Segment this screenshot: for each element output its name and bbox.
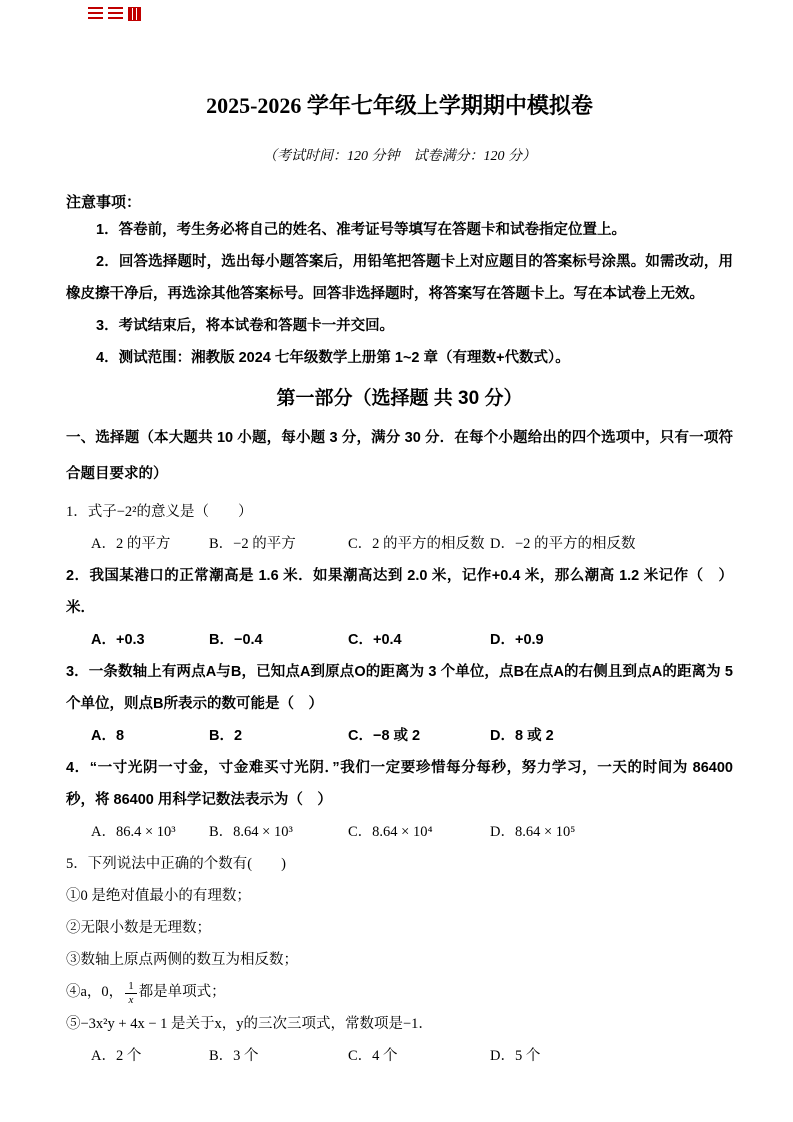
- red-watermark: [88, 6, 141, 22]
- question-2: 2．我国某港口的正常潮高是 1.6 米．如果潮高达到 2.0 米，记作+0.4 …: [66, 560, 733, 656]
- fraction: 1x: [125, 981, 137, 1006]
- section-intro: 一、选择题（本大题共 10 小题，每小题 3 分，满分 30 分．在每个小题给出…: [66, 420, 733, 492]
- statement-3: ③数轴上原点两侧的数互为相反数；: [66, 944, 733, 976]
- red-seal-icon: [128, 7, 141, 21]
- option-c: C．2 的平方的相反数: [348, 528, 490, 560]
- page-title: 2025-2026 学年七年级上学期期中模拟卷: [66, 0, 733, 122]
- fraction-numerator: 1: [125, 981, 137, 994]
- question-4-stem: 4．“一寸光阴一寸金，寸金难买寸光阴．”我们一定要珍惜每分每秒，努力学习，一天的…: [66, 752, 733, 816]
- statement-4-post: 都是单项式；: [139, 984, 226, 1000]
- question-2-stem: 2．我国某港口的正常潮高是 1.6 米．如果潮高达到 2.0 米，记作+0.4 …: [66, 560, 733, 624]
- option-d: D．+0.9: [490, 624, 733, 656]
- option-d: D．8.64 × 10⁵: [490, 816, 733, 848]
- notice-heading: 注意事项：: [66, 192, 733, 214]
- option-a: A．+0.3: [91, 624, 209, 656]
- option-c: C．4 个: [348, 1040, 490, 1072]
- notice-item-3: 3．考试结束后，将本试卷和答题卡一并交回。: [66, 310, 733, 342]
- option-a: A．8: [91, 720, 209, 752]
- notice-item-2: 2．回答选择题时，选出每小题答案后，用铅笔把答题卡上对应题目的答案标号涂黑。如需…: [66, 246, 733, 310]
- question-2-options: A．+0.3 B．−0.4 C．+0.4 D．+0.9: [91, 624, 733, 656]
- statement-4-pre: ④a，0，: [66, 984, 123, 1000]
- exam-paper-page: 2025-2026 学年七年级上学期期中模拟卷 （考试时间：120 分钟 试卷满…: [0, 0, 793, 1122]
- section-title: 第一部分（选择题 共 30 分）: [66, 386, 733, 412]
- question-3-stem: 3．一条数轴上有两点A与B，已知点A到原点O的距离为 3 个单位，点B在点A的右…: [66, 656, 733, 720]
- option-b: B．2: [209, 720, 348, 752]
- question-3: 3．一条数轴上有两点A与B，已知点A到原点O的距离为 3 个单位，点B在点A的右…: [66, 656, 733, 752]
- option-b: B．8.64 × 10³: [209, 816, 348, 848]
- question-5-options: A．2 个 B．3 个 C．4 个 D．5 个: [91, 1040, 733, 1072]
- option-d: D．−2 的平方的相反数: [490, 528, 733, 560]
- statement-1: ①0 是绝对值最小的有理数；: [66, 880, 733, 912]
- option-d: D．5 个: [490, 1040, 733, 1072]
- statement-2: ②无限小数是无理数；: [66, 912, 733, 944]
- red-stamp-icon: [108, 7, 123, 21]
- question-1: 1．式子−2²的意义是（ ） A．2 的平方 B．−2 的平方 C．2 的平方的…: [66, 496, 733, 560]
- exam-info-subtitle: （考试时间：120 分钟 试卷满分：120 分）: [66, 146, 733, 168]
- question-5-stem: 5．下列说法中正确的个数有( ): [66, 848, 733, 880]
- question-4: 4．“一寸光阴一寸金，寸金难买寸光阴．”我们一定要珍惜每分每秒，努力学习，一天的…: [66, 752, 733, 848]
- option-b: B．−0.4: [209, 624, 348, 656]
- red-stamp-icon: [88, 7, 103, 21]
- statement-5: ⑤−3x²y + 4x − 1 是关于x，y的三次三项式，常数项是−1．: [66, 1008, 733, 1040]
- notice-item-1: 1．答卷前，考生务必将自己的姓名、准考证号等填写在答题卡和试卷指定位置上。: [66, 214, 733, 246]
- option-c: C．8.64 × 10⁴: [348, 816, 490, 848]
- option-a: A．2 个: [91, 1040, 209, 1072]
- option-b: B．3 个: [209, 1040, 348, 1072]
- question-4-options: A．86.4 × 10³ B．8.64 × 10³ C．8.64 × 10⁴ D…: [91, 816, 733, 848]
- question-1-stem: 1．式子−2²的意义是（ ）: [66, 496, 733, 528]
- option-a: A．2 的平方: [91, 528, 209, 560]
- notice-item-4: 4．测试范围：湘教版 2024 七年级数学上册第 1~2 章（有理数+代数式）。: [66, 342, 733, 374]
- fraction-denominator: x: [125, 994, 137, 1006]
- option-a: A．86.4 × 10³: [91, 816, 209, 848]
- question-3-options: A．8 B．2 C．−8 或 2 D．8 或 2: [91, 720, 733, 752]
- question-5: 5．下列说法中正确的个数有( ) ①0 是绝对值最小的有理数； ②无限小数是无理…: [66, 848, 733, 1072]
- statement-4: ④a，0，1x都是单项式；: [66, 976, 733, 1008]
- option-c: C．−8 或 2: [348, 720, 490, 752]
- option-b: B．−2 的平方: [209, 528, 348, 560]
- option-d: D．8 或 2: [490, 720, 733, 752]
- question-1-options: A．2 的平方 B．−2 的平方 C．2 的平方的相反数 D．−2 的平方的相反…: [91, 528, 733, 560]
- option-c: C．+0.4: [348, 624, 490, 656]
